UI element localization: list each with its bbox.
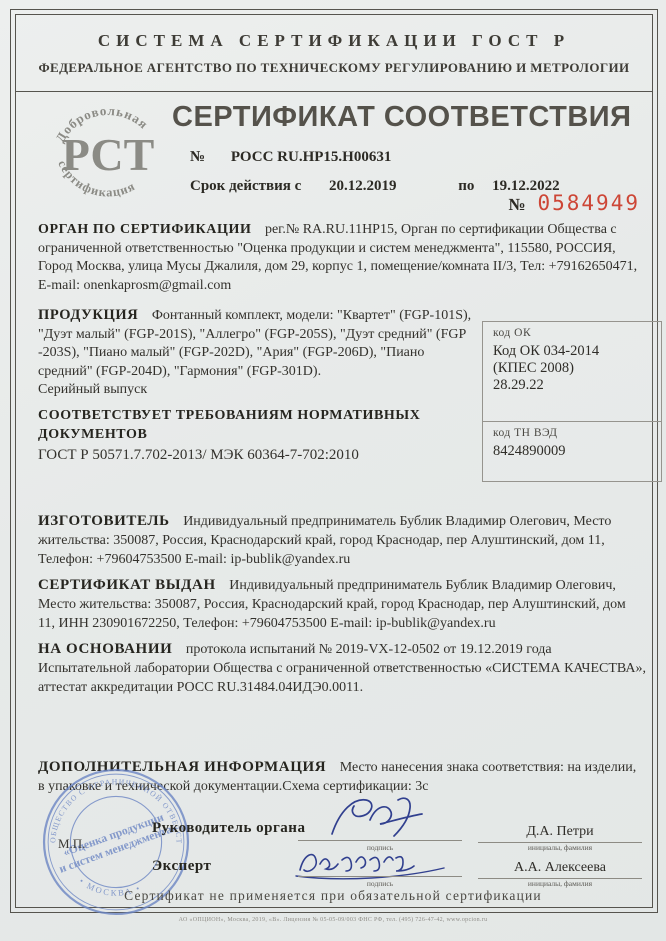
expert-role: Эксперт: [152, 858, 211, 875]
conformity-label: СООТВЕТСТВУЕТ ТРЕБОВАНИЯМ НОРМАТИВНЫХ ДО…: [38, 407, 468, 444]
head-name-caption: инициалы, фамилия: [478, 843, 642, 852]
certificate-page: СИСТЕМА СЕРТИФИКАЦИИ ГОСТ Р ФЕДЕРАЛЬНОЕ …: [0, 0, 666, 941]
issued-to-section: СЕРТИФИКАТ ВЫДАН Индивидуальный предприн…: [38, 576, 646, 633]
bottom-note: Сертификат не применяется при обязательн…: [30, 888, 636, 904]
validity-line: Срок действия с 20.12.2019 по 19.12.2022: [190, 178, 560, 195]
form-number-line: № 0584949: [508, 191, 640, 215]
product-label: ПРОДУКЦИЯ: [38, 307, 138, 323]
issued-to-label: СЕРТИФИКАТ ВЫДАН: [38, 577, 216, 593]
product-section: ПРОДУКЦИЯ Фонтанный комплект, модели: "К…: [38, 306, 498, 400]
page-title: СЕРТИФИКАТ СООТВЕТСТВИЯ: [172, 101, 632, 134]
validity-label: Срок действия с: [190, 178, 301, 194]
form-no-sign: №: [508, 195, 525, 214]
basis-section: НА ОСНОВАНИИ протокола испытаний № 2019-…: [38, 640, 646, 697]
basis-label: НА ОСНОВАНИИ: [38, 641, 172, 657]
conformity-section: СООТВЕТСТВУЕТ ТРЕБОВАНИЯМ НОРМАТИВНЫХ ДО…: [38, 407, 478, 466]
registration-number: РОСС RU.НР15.Н00631: [231, 149, 392, 165]
registration-number-line: № РОСС RU.НР15.Н00631: [190, 149, 391, 166]
expert-signature-line: [298, 854, 462, 877]
rst-voluntary-certification-logo: Добровольная РСТ сертификация: [44, 97, 172, 214]
agency-title: ФЕДЕРАЛЬНОЕ АГЕНТСТВО ПО ТЕХНИЧЕСКОМУ РЕ…: [16, 60, 652, 76]
certification-system-title: СИСТЕМА СЕРТИФИКАЦИИ ГОСТ Р: [16, 31, 652, 51]
head-of-body-role: Руководитель органа: [152, 820, 305, 837]
manufacturer-section: ИЗГОТОВИТЕЛЬ Индивидуальный предпринимат…: [38, 512, 646, 569]
valid-from-date: 20.12.2019: [329, 178, 397, 194]
mp-seal-placeholder: М.П.: [58, 836, 85, 852]
code-ok-label: код ОК: [493, 327, 651, 339]
expert-signature-caption: подпись: [298, 879, 462, 888]
expert-name-caption: инициалы, фамилия: [478, 879, 642, 888]
certification-body-label: ОРГАН ПО СЕРТИФИКАЦИИ: [38, 222, 251, 237]
code-tnved-label: код ТН ВЭД: [493, 427, 651, 439]
manufacturer-label: ИЗГОТОВИТЕЛЬ: [38, 513, 170, 529]
head-signature-line: [298, 818, 462, 841]
code-tnved-value: 8424890009: [493, 443, 651, 460]
code-tnved-box: код ТН ВЭД 8424890009: [482, 421, 662, 482]
code-ok-box: код ОК Код ОК 034-2014 (КПЕС 2008) 28.29…: [482, 321, 662, 422]
no-sign: №: [190, 149, 205, 165]
form-number: 0584949: [537, 191, 640, 215]
conformity-standards: ГОСТ Р 50571.7.702-2013/ МЭК 60364-7-702…: [38, 446, 478, 466]
to-label: по: [458, 178, 474, 194]
code-ok-value: Код ОК 034-2014 (КПЕС 2008) 28.29.22: [493, 343, 651, 394]
print-shop-info: АО «ОПЦИОН», Москва, 2019, «В». Лицензия…: [0, 917, 666, 923]
head-name: Д.А. Петри: [478, 818, 642, 843]
rst-logo-icon: Добровольная РСТ сертификация: [44, 97, 172, 209]
header: СИСТЕМА СЕРТИФИКАЦИИ ГОСТ Р ФЕДЕРАЛЬНОЕ …: [16, 15, 652, 92]
expert-name: А.А. Алексеева: [478, 854, 642, 879]
certification-body-section: ОРГАН ПО СЕРТИФИКАЦИИ рег.№ RA.RU.11НР15…: [38, 221, 644, 295]
